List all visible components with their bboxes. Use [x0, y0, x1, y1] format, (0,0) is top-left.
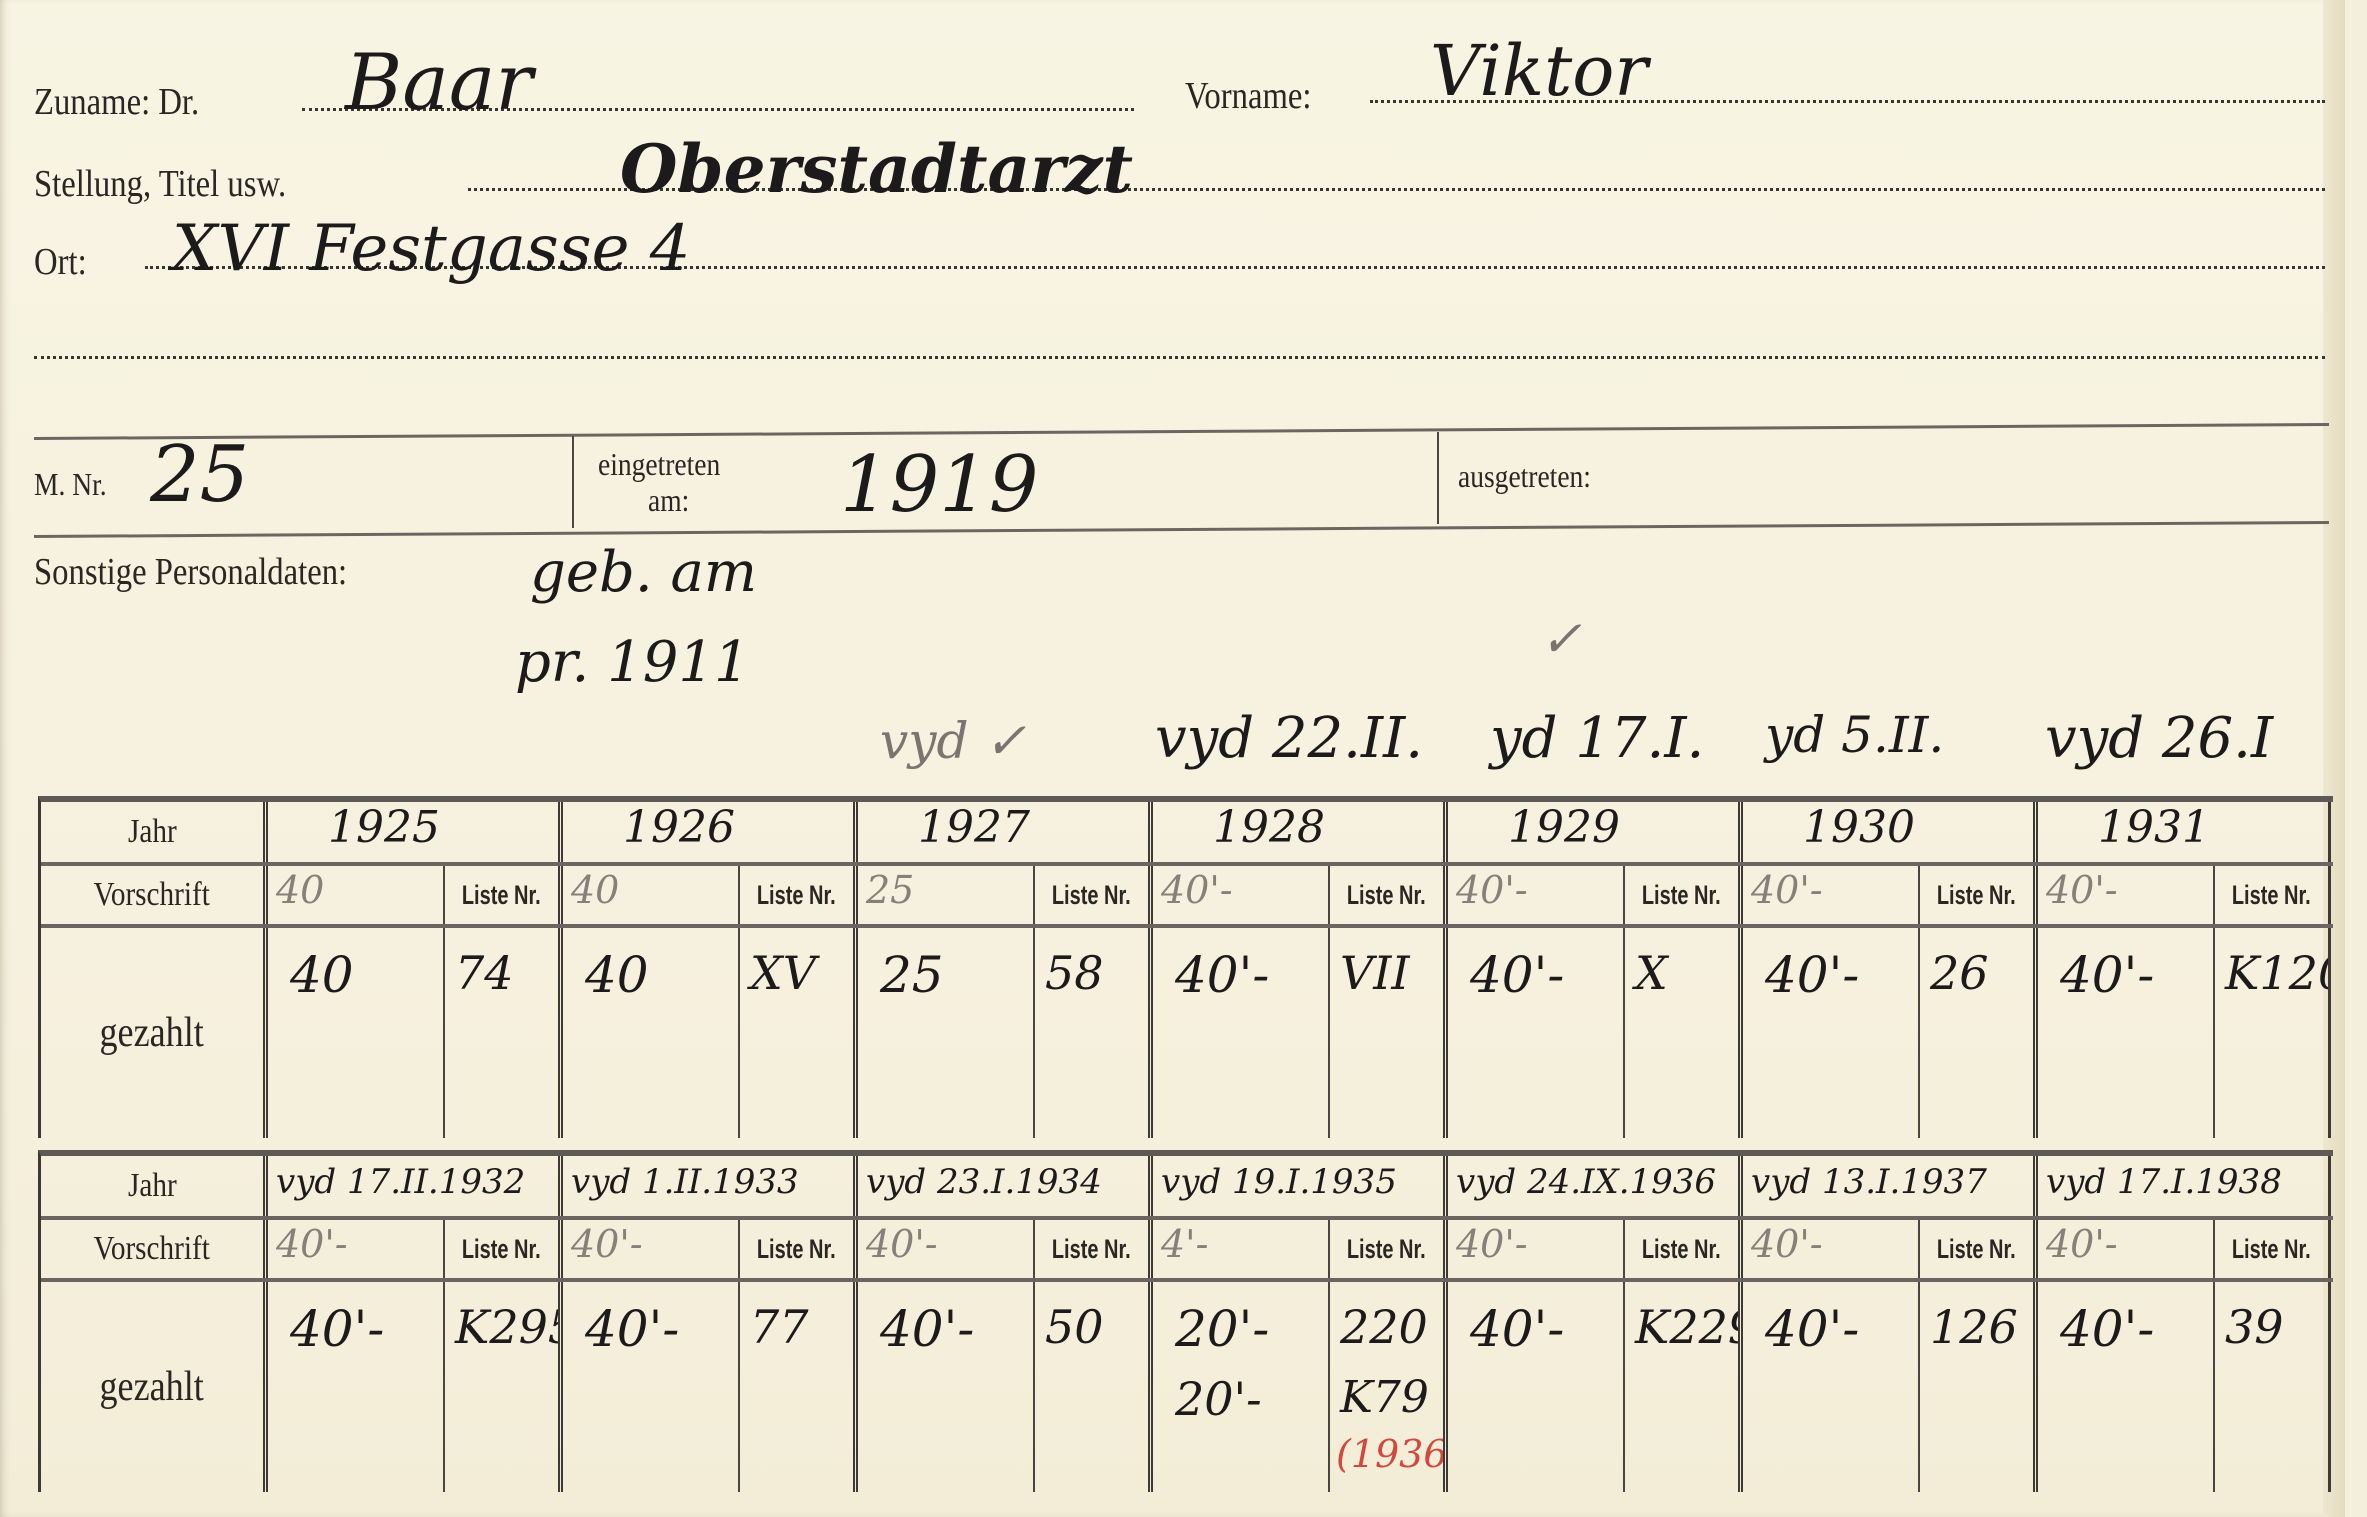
- vorschrift-cell: 40'-Liste Nr.: [1448, 866, 1743, 924]
- vorschrift-value: 40'-: [1456, 1222, 1528, 1266]
- jahr-cell: 1930: [1743, 802, 2038, 862]
- personal-line-1: geb. am: [530, 540, 757, 605]
- jahr-cell: 1931: [2038, 802, 2331, 862]
- gezahlt-value: 40'-: [585, 1300, 679, 1358]
- vorschrift-value: 40'-: [1751, 1222, 1823, 1266]
- jahr-value: 1928: [1213, 802, 1325, 853]
- gezahlt-cell: 40'-50: [858, 1282, 1153, 1492]
- liste-nr-value-2: K79: [1340, 1372, 1429, 1423]
- gezahlt-value: 40'-: [1175, 946, 1269, 1004]
- liste-nr-header: Liste Nr.: [740, 1220, 853, 1278]
- jahr-row: Jahrvyd 17.II.1932vyd 1.II.1933vyd 23.I.…: [41, 1156, 2333, 1220]
- vorschrift-value: 40'-: [571, 1222, 643, 1266]
- liste-nr-text: Liste Nr.: [1052, 1234, 1131, 1265]
- gezahlt-row: gezahlt407440XV255840'-VII40'-X40'-2640'…: [41, 928, 2333, 1138]
- liste-nr-header: Liste Nr.: [1920, 866, 2033, 924]
- jahr-value: 1925: [328, 802, 440, 853]
- vorschrift-value: 40'-: [2046, 1222, 2118, 1266]
- liste-nr-value: 220: [1340, 1300, 1428, 1354]
- gezahlt-value: 40'-: [290, 1300, 384, 1358]
- eingetreten-label: eingetreten: [598, 446, 720, 483]
- liste-nr-value: VII: [1340, 946, 1410, 1000]
- liste-nr-header: Liste Nr.: [1625, 1220, 1738, 1278]
- gezahlt-value: 40'-: [1765, 946, 1859, 1004]
- stellung-label: Stellung, Titel usw.: [34, 162, 286, 206]
- gezahlt-value: 25: [880, 946, 944, 1004]
- gezahlt-label-text: gezahlt: [100, 1363, 204, 1411]
- annotation-1928: vyd 22.II.: [1155, 706, 1423, 771]
- vorschrift-cell: 40'-Liste Nr.: [2038, 1220, 2331, 1278]
- vorschrift-value: 40'-: [1456, 868, 1528, 912]
- jahr-value: vyd 23.I.1934: [866, 1162, 1102, 1202]
- liste-nr-text: Liste Nr.: [757, 880, 836, 911]
- jahr-label: Jahr: [41, 1156, 268, 1216]
- jahr-cell: vyd 17.I.1938: [2038, 1156, 2331, 1216]
- liste-nr-header: Liste Nr.: [2215, 866, 2328, 924]
- vorschrift-cell: 4'-Liste Nr.: [1153, 1220, 1448, 1278]
- annotation-1929: yd 17.I.: [1490, 706, 1704, 771]
- liste-nr-value: XV: [750, 946, 816, 1000]
- liste-nr-note: (1936): [1336, 1432, 1448, 1476]
- vorschrift-cell: 40'-Liste Nr.: [858, 1220, 1153, 1278]
- vorschrift-label-text: Vorschrift: [94, 876, 210, 914]
- jahr-cell: 1927: [858, 802, 1153, 862]
- jahr-value: vyd 24.IX.1936: [1456, 1162, 1716, 1202]
- jahr-cell: vyd 13.I.1937: [1743, 1156, 2038, 1216]
- liste-nr-header: Liste Nr.: [445, 1220, 558, 1278]
- liste-nr-value: 126: [1930, 1300, 2018, 1354]
- rule-bottom: [34, 521, 2329, 538]
- annotation-1929-check: ✓: [1540, 610, 1582, 668]
- jahr-value: vyd 17.I.1938: [2046, 1162, 2282, 1202]
- liste-nr-text: Liste Nr.: [462, 880, 541, 911]
- liste-nr-value: 58: [1045, 946, 1104, 1000]
- gezahlt-cell: 40'-77: [563, 1282, 858, 1492]
- vorschrift-cell: 25Liste Nr.: [858, 866, 1153, 924]
- vorschrift-label: Vorschrift: [41, 866, 268, 924]
- liste-nr-text: Liste Nr.: [1347, 1234, 1426, 1265]
- liste-nr-text: Liste Nr.: [2232, 1234, 2311, 1265]
- dues-table-1925-1931: Jahr1925192619271928192919301931Vorschri…: [38, 796, 2333, 1138]
- liste-nr-text: Liste Nr.: [1642, 1234, 1721, 1265]
- mnr-value: 25: [150, 430, 249, 520]
- gezahlt-value: 40: [290, 946, 354, 1004]
- liste-nr-text: Liste Nr.: [1052, 880, 1131, 911]
- liste-nr-value: K120: [2225, 946, 2331, 1000]
- annotation-1931: vyd 26.I: [2045, 706, 2273, 771]
- gezahlt-cell: 40'-126: [1743, 1282, 2038, 1492]
- gezahlt-cell: 4074: [268, 928, 563, 1138]
- jahr-cell: 1926: [563, 802, 858, 862]
- gezahlt-value: 40'-: [1470, 946, 1564, 1004]
- vorschrift-cell: 40'-Liste Nr.: [268, 1220, 563, 1278]
- liste-nr-value: 74: [455, 946, 514, 1000]
- liste-nr-text: Liste Nr.: [1642, 880, 1721, 911]
- liste-nr-header: Liste Nr.: [1330, 1220, 1443, 1278]
- liste-nr-text: Liste Nr.: [462, 1234, 541, 1265]
- ort-label: Ort:: [34, 240, 87, 284]
- jahr-value: 1929: [1508, 802, 1620, 853]
- vorschrift-value: 40'-: [1161, 868, 1233, 912]
- gezahlt-label-text: gezahlt: [100, 1009, 204, 1057]
- gezahlt-value: 40'-: [1765, 1300, 1859, 1358]
- vorschrift-value: 40'-: [2046, 868, 2118, 912]
- gezahlt-value-2: 20'-: [1175, 1372, 1262, 1426]
- gezahlt-cell: 2558: [858, 928, 1153, 1138]
- jahr-value: 1926: [623, 802, 735, 853]
- vorschrift-label: Vorschrift: [41, 1220, 268, 1278]
- zuname-label: Zuname: Dr.: [34, 80, 199, 124]
- gezahlt-row: gezahlt40'-K29540'-7740'-5020'-20'-220K7…: [41, 1282, 2333, 1492]
- liste-nr-header: Liste Nr.: [2215, 1220, 2328, 1278]
- gezahlt-value: 40'-: [1470, 1300, 1564, 1358]
- jahr-cell: 1925: [268, 802, 563, 862]
- vorschrift-cell: 40Liste Nr.: [563, 866, 858, 924]
- vorschrift-value: 40'-: [866, 1222, 938, 1266]
- gezahlt-cell: 40'-X: [1448, 928, 1743, 1138]
- gezahlt-cell: 40'-K120: [2038, 928, 2331, 1138]
- vorschrift-value: 25: [866, 868, 914, 912]
- gezahlt-cell: 40'-K229: [1448, 1282, 1743, 1492]
- gezahlt-label: gezahlt: [41, 928, 268, 1138]
- blank-line: [34, 356, 2325, 359]
- rule-top: [34, 423, 2329, 440]
- liste-nr-text: Liste Nr.: [757, 1234, 836, 1265]
- vorschrift-label-text: Vorschrift: [94, 1230, 210, 1268]
- vorname-label: Vorname:: [1185, 74, 1311, 118]
- dues-table-1932-1938: Jahrvyd 17.II.1932vyd 1.II.1933vyd 23.I.…: [38, 1150, 2333, 1492]
- membership-card: Zuname: Dr. Baar Vorname: Viktor Stellun…: [0, 0, 2345, 1517]
- liste-nr-text: Liste Nr.: [1937, 880, 2016, 911]
- eingetreten-am-label: am:: [648, 482, 689, 519]
- jahr-value: 1931: [2098, 802, 2210, 853]
- jahr-value: vyd 1.II.1933: [571, 1162, 799, 1202]
- liste-nr-header: Liste Nr.: [1035, 866, 1148, 924]
- liste-nr-value: X: [1635, 946, 1668, 1000]
- zuname-value: Baar: [345, 38, 533, 128]
- jahr-label-text: Jahr: [128, 813, 177, 851]
- vorschrift-row: Vorschrift40Liste Nr.40Liste Nr.25Liste …: [41, 866, 2333, 928]
- liste-nr-header: Liste Nr.: [1330, 866, 1443, 924]
- jahr-value: 1930: [1803, 802, 1915, 853]
- liste-nr-header: Liste Nr.: [1035, 1220, 1148, 1278]
- jahr-row: Jahr1925192619271928192919301931: [41, 802, 2333, 866]
- gezahlt-cell: 40'-K295: [268, 1282, 563, 1492]
- liste-nr-value: K229: [1635, 1300, 1743, 1354]
- gezahlt-value: 40'-: [2060, 1300, 2154, 1358]
- jahr-cell: 1928: [1153, 802, 1448, 862]
- liste-nr-value: 26: [1930, 946, 1989, 1000]
- liste-nr-header: Liste Nr.: [1920, 1220, 2033, 1278]
- vorschrift-value: 40: [276, 868, 324, 912]
- vorschrift-value: 4'-: [1161, 1222, 1208, 1266]
- gezahlt-cell: 40XV: [563, 928, 858, 1138]
- annotation-1927: vyd ✓: [880, 712, 1026, 770]
- vorschrift-cell: 40'-Liste Nr.: [1743, 1220, 2038, 1278]
- jahr-cell: vyd 24.IX.1936: [1448, 1156, 1743, 1216]
- liste-nr-value: 77: [750, 1300, 809, 1354]
- gezahlt-cell: 40'-39: [2038, 1282, 2331, 1492]
- liste-nr-header: Liste Nr.: [445, 866, 558, 924]
- gezahlt-value: 20'-: [1175, 1300, 1269, 1358]
- vorschrift-value: 40: [571, 868, 619, 912]
- divider-1: [572, 436, 574, 528]
- jahr-value: vyd 19.I.1935: [1161, 1162, 1397, 1202]
- gezahlt-cell: 40'-VII: [1153, 928, 1448, 1138]
- liste-nr-value: K295: [455, 1300, 563, 1354]
- jahr-cell: vyd 1.II.1933: [563, 1156, 858, 1216]
- jahr-value: vyd 13.I.1937: [1751, 1162, 1987, 1202]
- vorschrift-cell: 40Liste Nr.: [268, 866, 563, 924]
- liste-nr-header: Liste Nr.: [740, 866, 853, 924]
- jahr-label-text: Jahr: [128, 1167, 177, 1205]
- jahr-cell: vyd 23.I.1934: [858, 1156, 1153, 1216]
- personal-label: Sonstige Personaldaten:: [34, 550, 347, 594]
- jahr-cell: vyd 19.I.1935: [1153, 1156, 1448, 1216]
- jahr-cell: 1929: [1448, 802, 1743, 862]
- mnr-label: M. Nr.: [34, 466, 107, 503]
- vorname-value: Viktor: [1430, 30, 1648, 112]
- vorschrift-row: Vorschrift40'-Liste Nr.40'-Liste Nr.40'-…: [41, 1220, 2333, 1282]
- gezahlt-label: gezahlt: [41, 1282, 268, 1492]
- liste-nr-value: 50: [1045, 1300, 1104, 1354]
- gezahlt-value: 40: [585, 946, 649, 1004]
- annotation-1930: yd 5.II.: [1765, 706, 1944, 764]
- liste-nr-text: Liste Nr.: [1937, 1234, 2016, 1265]
- vorschrift-cell: 40'-Liste Nr.: [1153, 866, 1448, 924]
- jahr-label: Jahr: [41, 802, 268, 862]
- jahr-cell: vyd 17.II.1932: [268, 1156, 563, 1216]
- jahr-value: 1927: [918, 802, 1030, 853]
- gezahlt-cell: 40'-26: [1743, 928, 2038, 1138]
- vorschrift-value: 40'-: [276, 1222, 348, 1266]
- divider-2: [1437, 432, 1439, 524]
- vorschrift-cell: 40'-Liste Nr.: [563, 1220, 858, 1278]
- gezahlt-value: 40'-: [2060, 946, 2154, 1004]
- vorschrift-cell: 40'-Liste Nr.: [1743, 866, 2038, 924]
- eingetreten-value: 1919: [840, 440, 1039, 530]
- jahr-value: vyd 17.II.1932: [276, 1162, 525, 1202]
- liste-nr-text: Liste Nr.: [2232, 880, 2311, 911]
- liste-nr-value: 39: [2225, 1300, 2284, 1354]
- stellung-value: Oberstadtarzt: [620, 130, 1133, 208]
- ausgetreten-label: ausgetreten:: [1458, 458, 1591, 495]
- liste-nr-header: Liste Nr.: [1625, 866, 1738, 924]
- liste-nr-text: Liste Nr.: [1347, 880, 1426, 911]
- gezahlt-cell: 20'-20'-220K79(1936): [1153, 1282, 1448, 1492]
- vorschrift-cell: 40'-Liste Nr.: [2038, 866, 2331, 924]
- vorschrift-value: 40'-: [1751, 868, 1823, 912]
- ort-value: XVI Festgasse 4: [172, 212, 691, 286]
- personal-line-2: pr. 1911: [515, 630, 750, 695]
- vorschrift-cell: 40'-Liste Nr.: [1448, 1220, 1743, 1278]
- gezahlt-value: 40'-: [880, 1300, 974, 1358]
